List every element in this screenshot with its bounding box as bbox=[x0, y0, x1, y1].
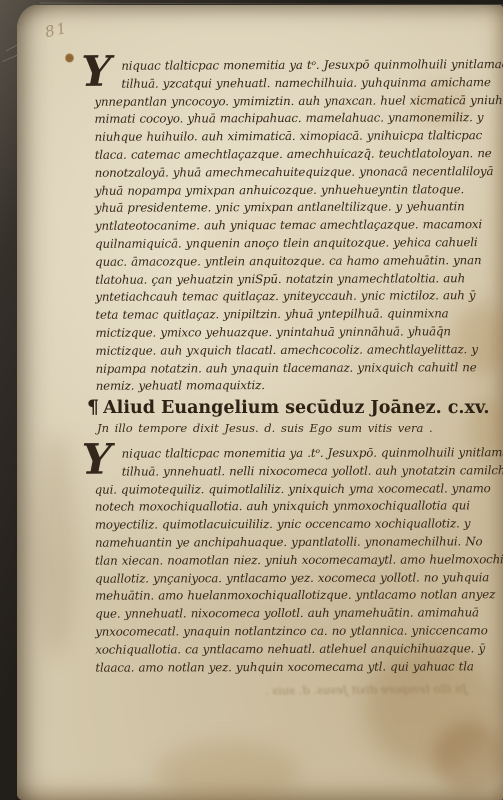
drop-cap-initial: Y bbox=[81, 52, 111, 92]
stain bbox=[35, 433, 77, 658]
manuscript-line: ynnepantlan yncocoyo. ymimiztin. auh yna… bbox=[94, 92, 474, 111]
manuscript-line: nonotzaloyā. yhuā amechmecahuitequizque.… bbox=[95, 163, 475, 182]
manuscript-line: mictizque. ymixco yehuazque. ynintahuā y… bbox=[95, 323, 475, 342]
manuscript-line: teta temac quitlaçaz. ynipiltzin. yhuā y… bbox=[95, 305, 475, 324]
manuscript-line: niquac tlalticpac monemitia ya tᵒ. Jesux… bbox=[94, 56, 474, 75]
manuscript-line: yntetiachcauh temac quitlaçaz. yniteycca… bbox=[95, 288, 475, 307]
manuscript-line: que. ynnehuatl. nixocomeca yollotl. auh … bbox=[95, 605, 475, 624]
manuscript-line: yhuā presidenteme. ynic ymixpan antlanel… bbox=[95, 199, 475, 218]
manuscript-line: notech moxochiquallotia. auh ynixquich y… bbox=[95, 498, 475, 517]
manuscript-line: quilnamiquicā. ynquenin anoço tlein anqu… bbox=[95, 234, 475, 253]
manuscript-line: yntlateotocanime. auh yniquac temac amec… bbox=[95, 216, 475, 235]
nahuatl-text-block-1: Y niquac tlalticpac monemitia ya tᵒ. Jes… bbox=[94, 56, 475, 396]
manuscript-line: xochiquallotia. ca yntlacamo nehuatl. at… bbox=[95, 640, 475, 659]
stain bbox=[433, 721, 503, 793]
manuscript-line: qui. quimotequiliz. quimotlaliliz. ynixq… bbox=[95, 480, 475, 499]
pilcrow-mark: ¶ bbox=[87, 396, 99, 418]
stain bbox=[155, 743, 300, 800]
manuscript-line: tlan xiecan. noamotlan niez. yniuh xocom… bbox=[95, 551, 475, 570]
photograph-of-manuscript: { "page": { "folio_number": "81", "block… bbox=[0, 0, 503, 800]
section-heading: ¶Aliud Euangelium secūduz Joānez. c.xv. bbox=[87, 396, 479, 419]
manuscript-line: nipampa notatzin. auh ynaquin tlacemanaz… bbox=[96, 359, 476, 378]
manuscript-line: tlaca. catemac amechtlaçazque. amechhuic… bbox=[95, 145, 475, 164]
manuscript-line: mictizque. auh yxquich tlacatl. amechcoc… bbox=[96, 341, 476, 360]
manuscript-line: tlatohua. çan yehuatzin yniSpū. notatzin… bbox=[95, 270, 475, 289]
latin-incipit: Jn illo tempore dixit Jesus. d. suis Ego… bbox=[97, 421, 437, 436]
manuscript-line: mehuātin. amo huelanmoxochiquallotizque.… bbox=[95, 587, 475, 606]
manuscript-line: nemiz. yehuatl momaquixtiz. bbox=[96, 377, 476, 396]
manuscript-line: niquac tlalticpac monemitia ya .tᵒ. Jesu… bbox=[95, 444, 475, 463]
ink-spot-stain bbox=[65, 53, 74, 63]
manuscript-line: quallotiz. ynçaniyoca. yntlacamo yez. xo… bbox=[95, 569, 475, 588]
manuscript-line: ynxocomecatl. ynaquin notlantzinco ca. n… bbox=[95, 622, 475, 641]
nahuatl-text-block-2: Y niquac tlalticpac monemitia ya .tᵒ. Je… bbox=[95, 444, 476, 677]
manuscript-line: tilhuā. yzcatqui ynehuatl. namechilhuia.… bbox=[94, 74, 474, 93]
manuscript-line: yhuā nopampa ymixpan anhuicozque. ynhueh… bbox=[95, 181, 475, 200]
section-heading-text: Aliud Euangelium secūduz Joānez. c.xv. bbox=[103, 398, 489, 418]
manuscript-line: mimati cocoyo. yhuā machipahuac. mamelah… bbox=[94, 110, 474, 129]
drop-cap-initial: Y bbox=[82, 440, 112, 480]
manuscript-line: moyectiliz. quimotlacuicuililiz. ynic oc… bbox=[95, 516, 475, 535]
manuscript-line: tilhuā. ynnehuatl. nelli nixocomeca yoll… bbox=[95, 462, 475, 481]
folio-number: 81 bbox=[43, 19, 69, 41]
manuscript-line: niuhque huihuilo. auh ximimaticā. ximopi… bbox=[95, 127, 475, 146]
manuscript-line: namehuantin ye anchipahuaque. ypantlatol… bbox=[95, 533, 475, 552]
manuscript-page: 81 Y niquac tlalticpac monemitia ya tᵒ. … bbox=[17, 5, 503, 800]
manuscript-line: quac. āmacozque. yntlein anquitozque. ca… bbox=[95, 252, 475, 271]
manuscript-line: tlaaca. amo notlan yez. yuhquin xocomeca… bbox=[95, 658, 475, 677]
